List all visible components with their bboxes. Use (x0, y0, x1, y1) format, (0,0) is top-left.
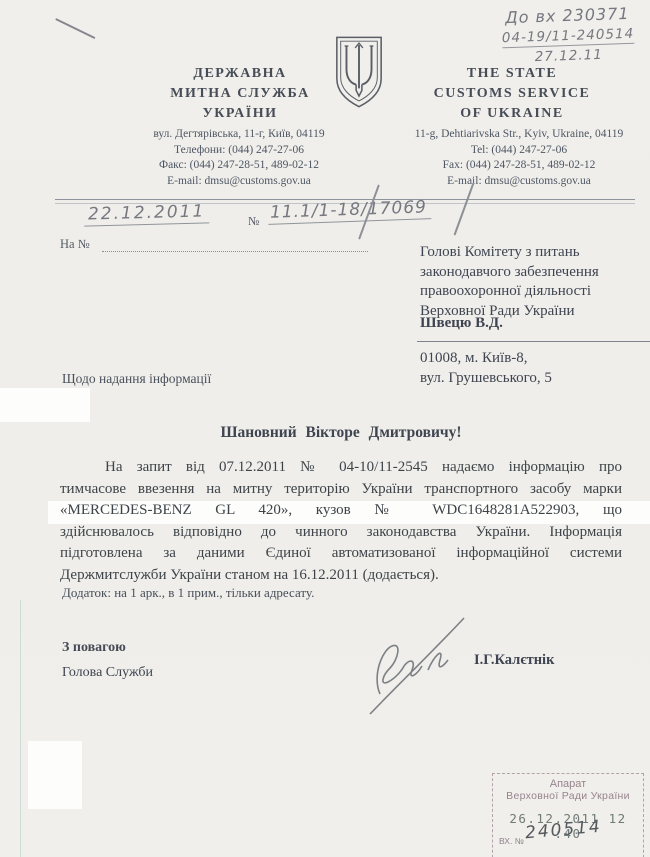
address-line: вул. Грушевського, 5 (420, 369, 552, 389)
subject-line: Щодо надання інформації (62, 371, 211, 387)
pen-slash-mark (453, 182, 474, 235)
contact-block-ukrainian: вул. Дегтярівська, 11-г, Київ, 04119 Тел… (108, 127, 370, 189)
contact-line: Телефони: (044) 247-27-06 (108, 143, 370, 159)
numero-sign: № (248, 214, 259, 229)
outgoing-number-handwritten: 11.1/1-18/17069 (268, 197, 432, 225)
org-name-ukrainian: ДЕРЖАВНА МИТНА СЛУЖБА УКРАЇНИ (130, 64, 350, 124)
org-name-english: THE STATE CUSTOMS SERVICE OF UKRAINE (402, 64, 622, 124)
org-name-line: OF UKRAINE (402, 104, 622, 124)
addressee-line: законодавчого забезпечення (420, 263, 650, 283)
signature-scribble (352, 616, 482, 716)
stamp-incoming-number-label: ВХ. № (499, 836, 524, 846)
contact-line: вул. Дегтярівська, 11-г, Київ, 04119 (108, 127, 370, 143)
org-name-line: МИТНА СЛУЖБА (130, 84, 350, 104)
salutation: Шановний Вікторе Дмитровичу! (60, 424, 622, 442)
addressee-postal-address: 01008, м. Київ-8, вул. Грушевського, 5 (420, 349, 552, 388)
body-line: підготовлена за даними Єдиної автоматизо… (60, 543, 622, 565)
body-line: Держмитслужби України станом на 16.12.20… (60, 565, 622, 587)
body-line: На запит від 07.12.2011 № 04-10/11-2545 … (60, 457, 622, 479)
contact-line: Tel: (044) 247-27-06 (388, 143, 650, 159)
org-name-line: THE STATE (402, 64, 622, 84)
handwritten-registration-note: До вх 230371 04-19/11-240514 27.12.11 (487, 3, 649, 67)
scan-artifact-patch (0, 388, 90, 422)
body-line: «MERCEDES-BENZ GL 420», кузов № WDC16482… (60, 500, 622, 522)
reply-reference-label: На № (60, 237, 90, 252)
incoming-registration-stamp: Апарат Верховної Ради України 26.12.2011… (492, 773, 644, 857)
contact-line: Факс: (044) 247-28-51, 489-02-12 (108, 158, 370, 174)
org-name-line: CUSTOMS SERVICE (402, 84, 622, 104)
addressee-name: Швецю В.Д. (420, 315, 503, 332)
outgoing-date-handwritten: 22.12.2011 (84, 201, 210, 226)
stamp-org-line: Апарат (493, 778, 643, 790)
signer-name: І.Г.Калєтнік (474, 652, 554, 669)
org-name-line: ДЕРЖАВНА (130, 64, 350, 84)
stray-pen-mark (55, 18, 95, 39)
scanner-edge-line (20, 600, 21, 857)
addressee-separator-line (417, 341, 650, 342)
contact-line: E-mail: dmsu@customs.gov.ua (108, 174, 370, 190)
scanned-letter-page: До вх 230371 04-19/11-240514 27.12.11 ДЕ… (0, 0, 650, 857)
signer-title: Голова Служби (62, 665, 153, 681)
body-paragraph: На запит від 07.12.2011 № 04-10/11-2545 … (60, 457, 622, 586)
contact-block-english: 11-g, Dehtiarivska Str., Kyiv, Ukraine, … (388, 127, 650, 189)
closing-phrase: З повагою (62, 640, 126, 656)
addressee-line: правоохоронної діяльності (420, 282, 650, 302)
contact-line: 11-g, Dehtiarivska Str., Kyiv, Ukraine, … (388, 127, 650, 143)
registration-note-line: 04-19/11-240514 (502, 26, 635, 49)
body-line: здійснювалось відповідно до чинного зако… (60, 522, 622, 544)
address-line: 01008, м. Київ-8, (420, 349, 552, 369)
org-name-line: УКРАЇНИ (130, 104, 350, 124)
stamp-org-line: Верховної Ради України (493, 790, 643, 802)
contact-line: E-mail: dmsu@customs.gov.ua (388, 174, 650, 190)
attachment-note: Додаток: на 1 арк., в 1 прим., тільки ад… (62, 585, 314, 601)
scan-artifact-patch (28, 741, 82, 809)
addressee-line: Голові Комітету з питань (420, 243, 650, 263)
body-line: тимчасове ввезення на митну територію Ук… (60, 479, 622, 501)
reply-reference-blank-line (102, 251, 368, 252)
contact-line: Fax: (044) 247-28-51, 489-02-12 (388, 158, 650, 174)
addressee-block: Голові Комітету з питань законодавчого з… (420, 243, 650, 321)
